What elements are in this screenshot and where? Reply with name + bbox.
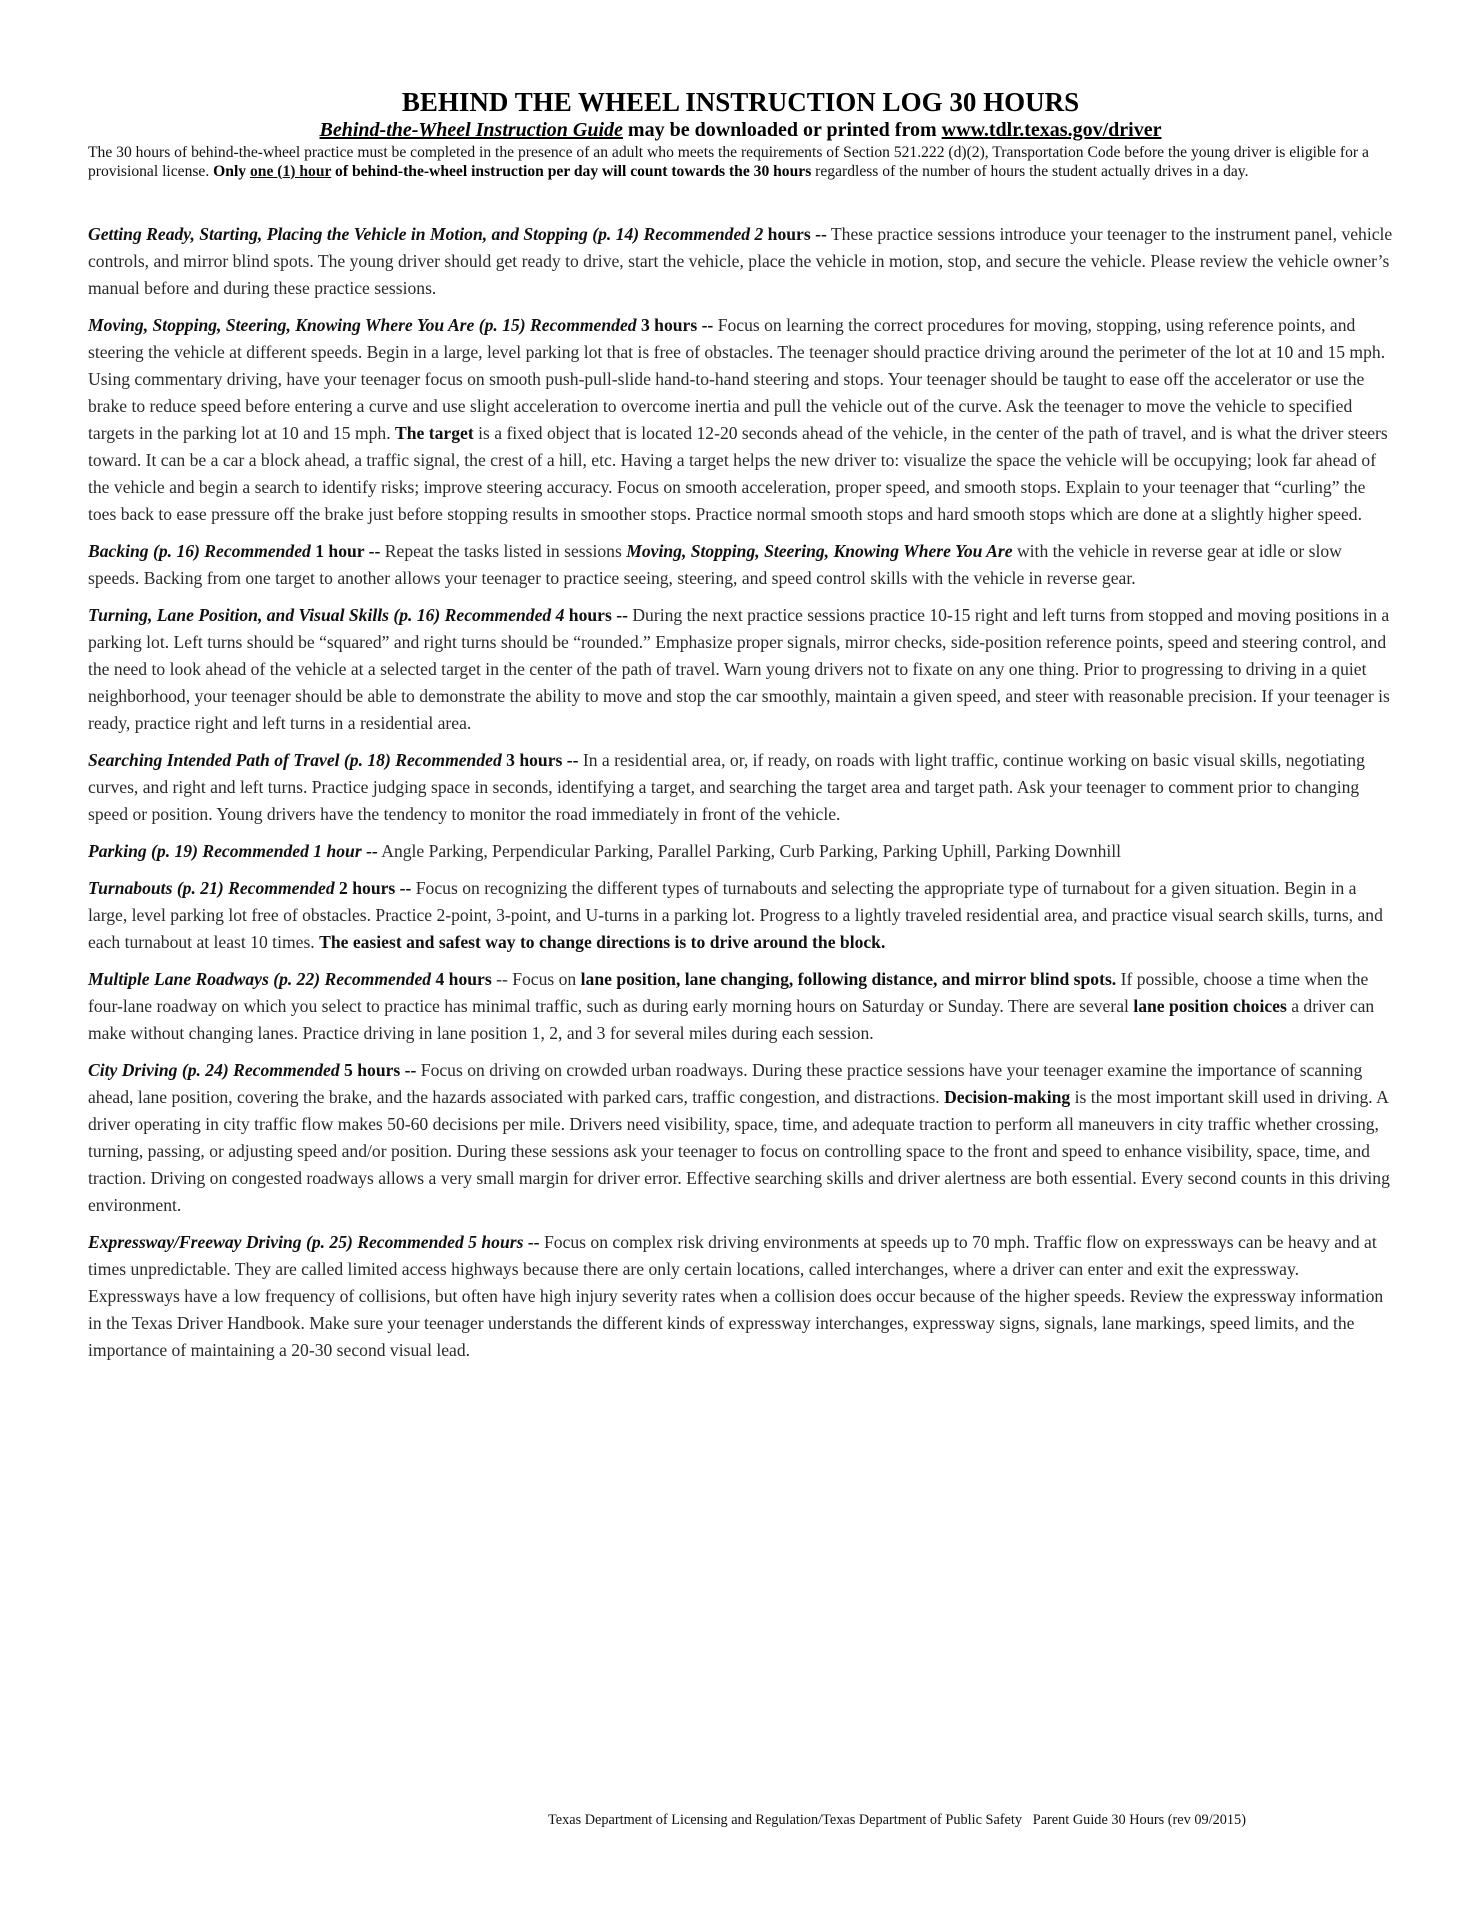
page-subtitle: Behind-the-Wheel Instruction Guide may b…: [88, 118, 1393, 142]
session-emphasis: lane position choices: [1133, 996, 1286, 1016]
session-moving-stopping: Moving, Stopping, Steering, Knowing Wher…: [88, 312, 1393, 528]
session-hours: 3 hours --: [637, 315, 714, 335]
intro-underlined: one (1) hour: [250, 163, 331, 180]
session-body: Angle Parking, Perpendicular Parking, Pa…: [378, 841, 1121, 861]
sessions-list: Getting Ready, Starting, Placing the Veh…: [88, 221, 1393, 1364]
session-emphasis: lane position, lane changing, following …: [581, 969, 1117, 989]
session-body: Repeat the tasks listed in sessions: [380, 541, 626, 561]
session-turnabouts: Turnabouts (p. 21) Recommended 2 hours -…: [88, 875, 1393, 956]
session-heading: Turnabouts (p. 21) Recommended: [88, 878, 335, 898]
session-getting-ready: Getting Ready, Starting, Placing the Veh…: [88, 221, 1393, 302]
subtitle-text: may be downloaded or printed from: [623, 119, 942, 141]
session-heading: Turning, Lane Position, and Visual Skill…: [88, 605, 564, 625]
session-heading: City Driving (p. 24) Recommended: [88, 1060, 340, 1080]
session-expressway: Expressway/Freeway Driving (p. 25) Recom…: [88, 1229, 1393, 1364]
session-hours: 2 hours --: [335, 878, 412, 898]
guide-title: Behind-the-Wheel Instruction Guide: [320, 119, 623, 141]
session-searching-path: Searching Intended Path of Travel (p. 18…: [88, 747, 1393, 828]
session-hours: 1 hour --: [311, 541, 381, 561]
session-hours: hours --: [763, 224, 827, 244]
session-hours: 4 hours: [431, 969, 492, 989]
session-parking: Parking (p. 19) Recommended 1 hour -- An…: [88, 838, 1393, 865]
session-heading: Expressway/Freeway Driving (p. 25) Recom…: [88, 1232, 540, 1252]
session-hours: 3 hours --: [502, 750, 579, 770]
session-city-driving: City Driving (p. 24) Recommended 5 hours…: [88, 1057, 1393, 1219]
session-heading: Moving, Stopping, Steering, Knowing Wher…: [88, 315, 637, 335]
session-multiple-lane: Multiple Lane Roadways (p. 22) Recommend…: [88, 966, 1393, 1047]
page-footer: Texas Department of Licensing and Regula…: [548, 1811, 1246, 1829]
session-hours: 5 hours --: [340, 1060, 417, 1080]
session-heading: Backing (p. 16) Recommended: [88, 541, 311, 561]
session-emphasis: Moving, Stopping, Steering, Knowing Wher…: [626, 541, 1012, 561]
intro-text: regardless of the number of hours the st…: [811, 163, 1248, 180]
session-heading: Parking (p. 19) Recommended 1 hour --: [88, 841, 378, 861]
session-heading: Searching Intended Path of Travel (p. 18…: [88, 750, 502, 770]
session-heading: Getting Ready, Starting, Placing the Veh…: [88, 224, 763, 244]
session-turning: Turning, Lane Position, and Visual Skill…: [88, 602, 1393, 737]
guide-url-link[interactable]: www.tdlr.texas.gov/driver: [942, 119, 1162, 141]
intro-bold: of behind-the-wheel instruction per day …: [331, 163, 811, 180]
page-title: BEHIND THE WHEEL INSTRUCTION LOG 30 HOUR…: [88, 86, 1393, 118]
intro-paragraph: The 30 hours of behind-the-wheel practic…: [88, 144, 1393, 181]
intro-bold: Only: [213, 163, 250, 180]
session-emphasis: The easiest and safest way to change dir…: [319, 932, 885, 952]
session-heading: Multiple Lane Roadways (p. 22) Recommend…: [88, 969, 431, 989]
session-body: -- Focus on: [492, 969, 581, 989]
session-emphasis: The target: [395, 423, 474, 443]
session-emphasis: Decision-making: [944, 1087, 1070, 1107]
document-page: BEHIND THE WHEEL INSTRUCTION LOG 30 HOUR…: [88, 86, 1393, 1374]
session-backing: Backing (p. 16) Recommended 1 hour -- Re…: [88, 538, 1393, 592]
session-hours: hours --: [564, 605, 628, 625]
